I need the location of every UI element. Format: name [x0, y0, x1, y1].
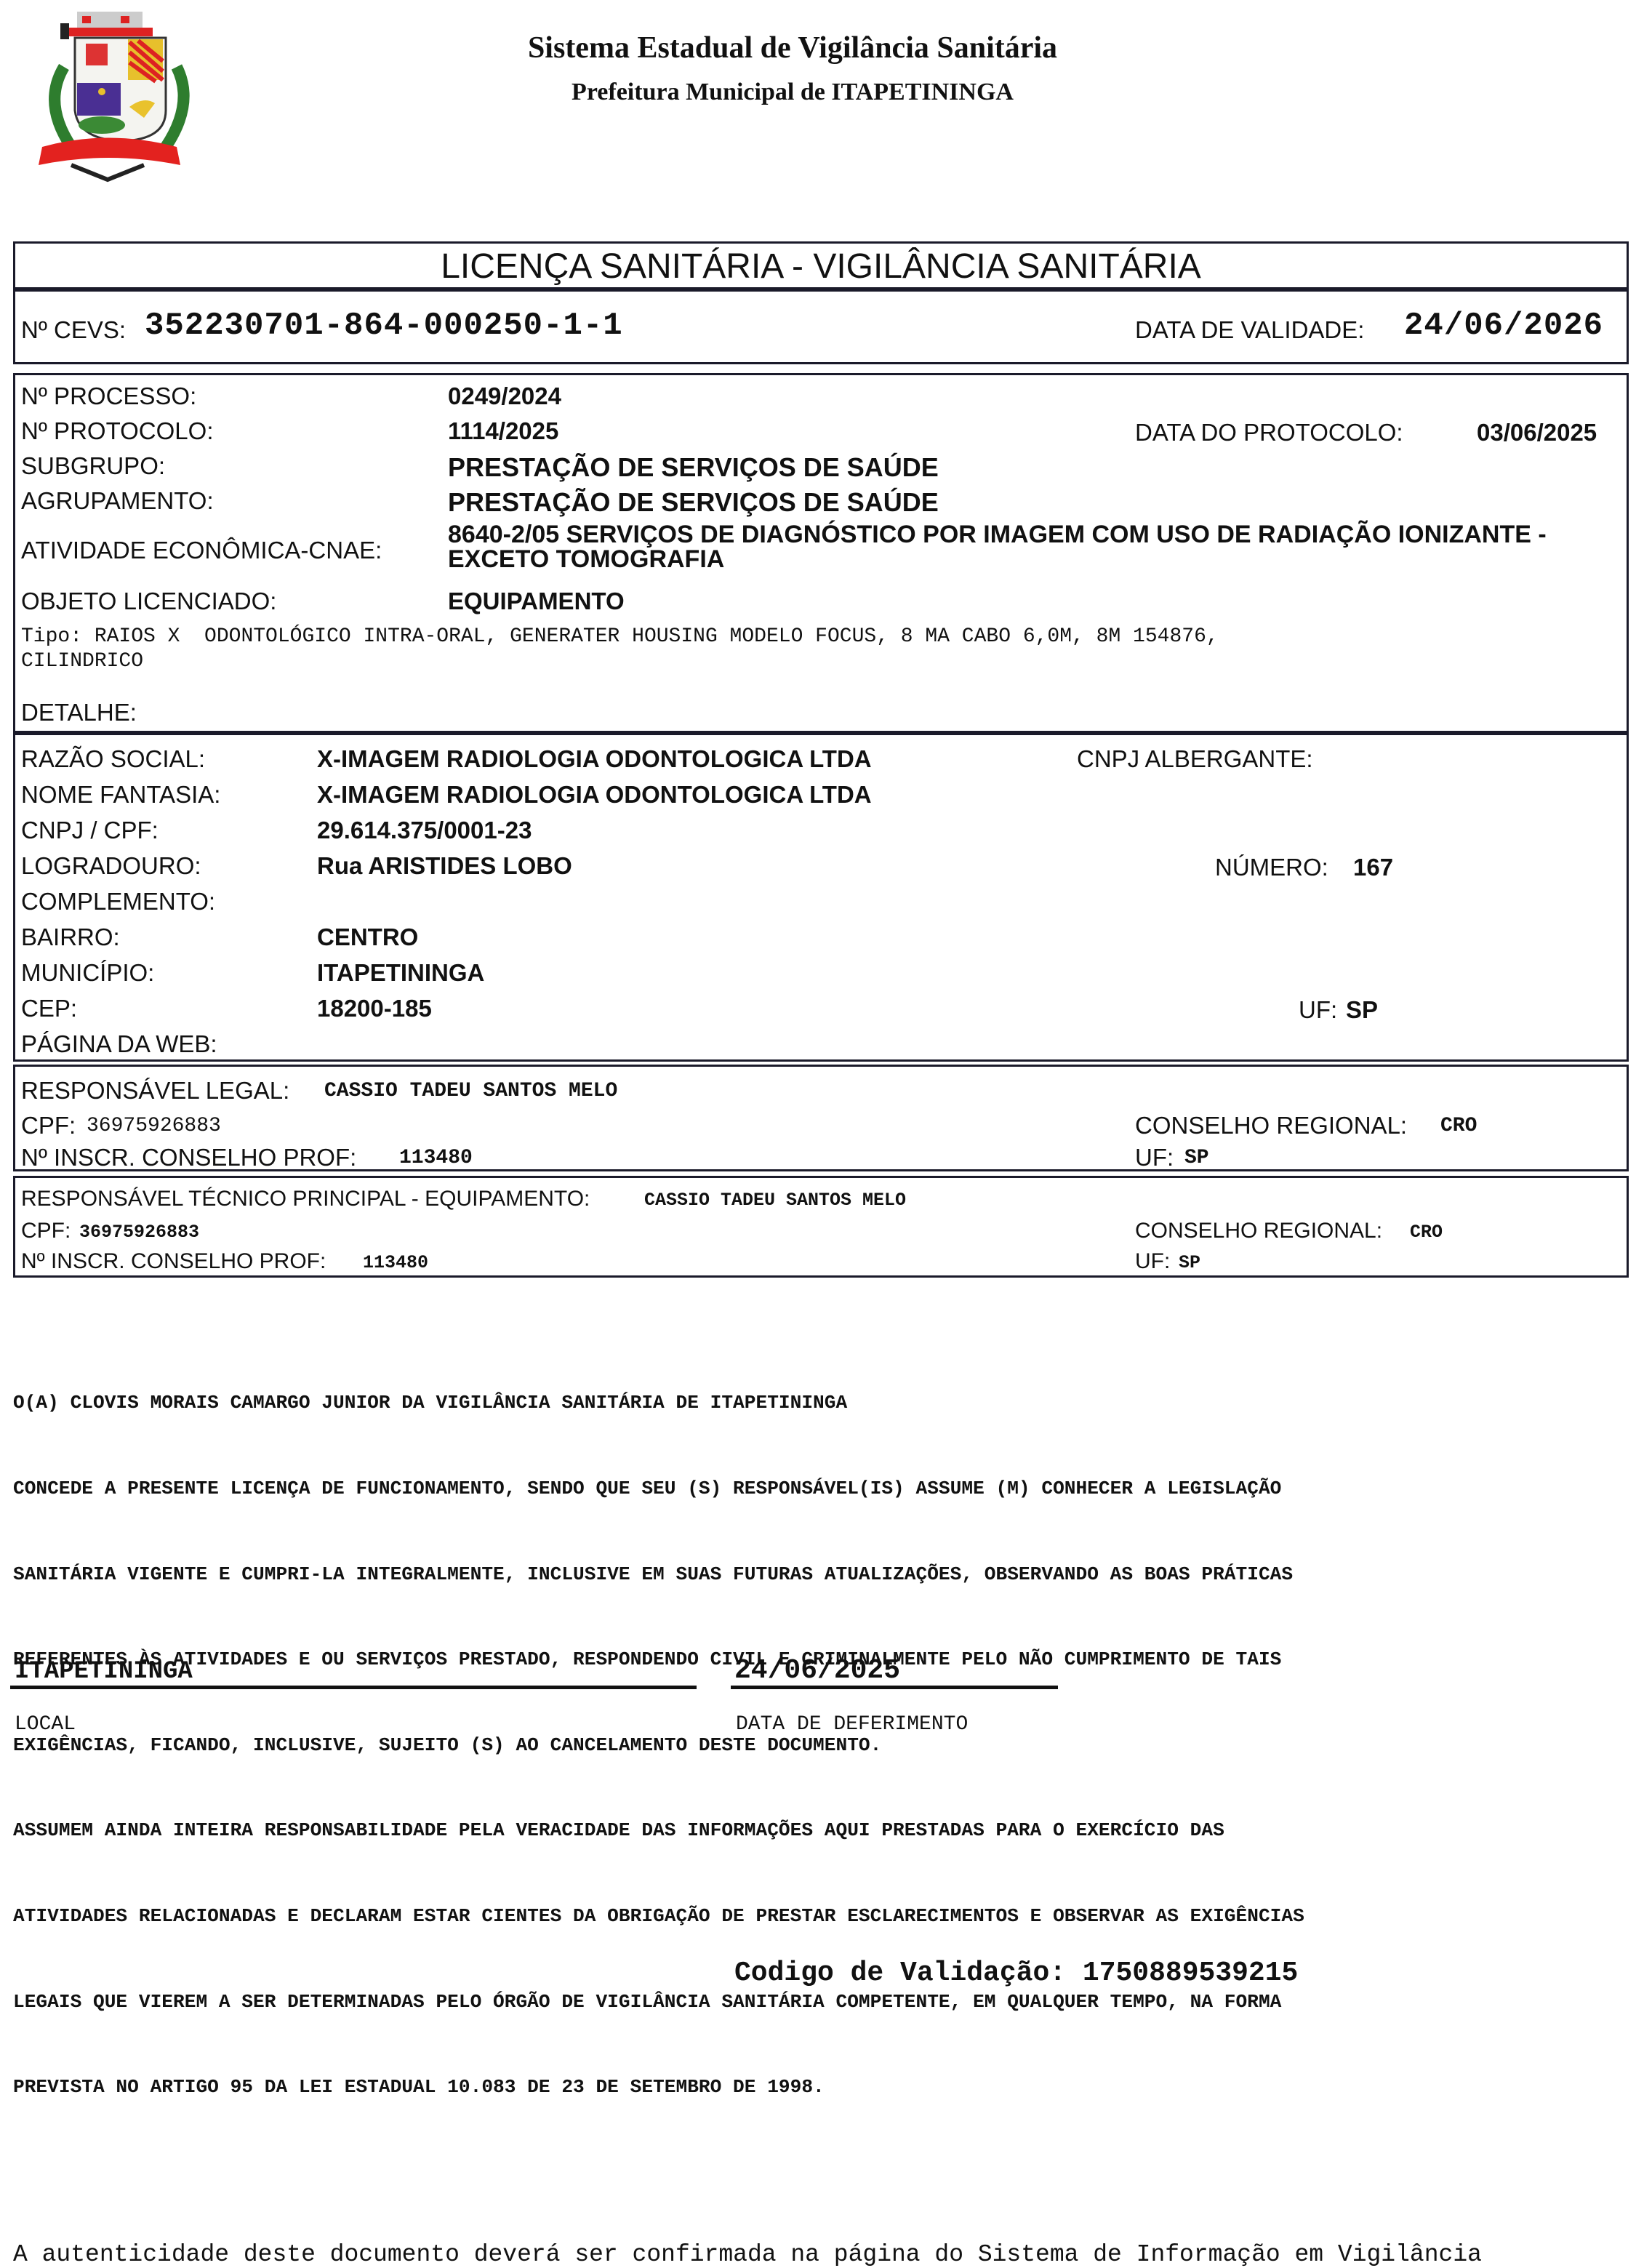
terms-line: O(A) CLOVIS MORAIS CAMARGO JUNIOR DA VIG…: [13, 1389, 1627, 1417]
protocolo-value: 1114/2025: [448, 417, 558, 445]
razao-value: X-IMAGEM RADIOLOGIA ODONTOLOGICA LTDA: [317, 745, 872, 773]
cnpj-value: 29.614.375/0001-23: [317, 817, 532, 844]
tech-cpf-label: CPF:: [21, 1219, 71, 1243]
cnpj-albergante-label: CNPJ ALBERGANTE:: [1077, 745, 1313, 773]
complemento-label: COMPLEMENTO:: [21, 888, 215, 915]
document-title: LICENÇA SANITÁRIA - VIGILÂNCIA SANITÁRIA: [15, 247, 1627, 286]
local-underline: [10, 1686, 697, 1689]
fantasia-value: X-IMAGEM RADIOLOGIA ODONTOLOGICA LTDA: [317, 781, 872, 809]
uf-value: SP: [1346, 996, 1378, 1024]
objeto-label: OBJETO LICENCIADO:: [21, 588, 276, 615]
numero-value: 167: [1353, 854, 1393, 881]
logradouro-value: Rua ARISTIDES LOBO: [317, 852, 572, 880]
logradouro-label: LOGRADOURO:: [21, 852, 201, 880]
process-details-box: Nº PROCESSO: 0249/2024 Nº PROTOCOLO: 111…: [13, 373, 1629, 733]
legal-uf-label: UF:: [1135, 1144, 1174, 1171]
cevs-number: 352230701-864-000250-1-1: [145, 308, 623, 344]
technical-responsible-box: RESPONSÁVEL TÉCNICO PRINCIPAL - EQUIPAME…: [13, 1176, 1629, 1278]
legal-responsible-box: RESPONSÁVEL LEGAL: CASSIO TADEU SANTOS M…: [13, 1065, 1629, 1171]
validation-code-value: 1750889539215: [1083, 1958, 1298, 1989]
tech-conselho-label: CONSELHO REGIONAL:: [1135, 1219, 1382, 1243]
validity-label: DATA DE VALIDADE:: [1135, 316, 1364, 344]
agrupamento-value: PRESTAÇÃO DE SERVIÇOS DE SAÚDE: [448, 487, 939, 518]
municipality-subtitle: Prefeitura Municipal de ITAPETININGA: [393, 79, 1192, 106]
legal-conselho-label: CONSELHO REGIONAL:: [1135, 1112, 1407, 1139]
data-protocolo-label: DATA DO PROTOCOLO:: [1135, 419, 1403, 446]
tech-inscr-value: 113480: [363, 1252, 428, 1273]
tech-cpf-value: 36975926883: [79, 1222, 199, 1243]
terms-line: ASSUMEM AINDA INTEIRA RESPONSABILIDADE P…: [13, 1816, 1627, 1845]
local-value: ITAPETININGA: [15, 1658, 193, 1686]
legal-uf-value: SP: [1184, 1147, 1209, 1169]
subgrupo-value: PRESTAÇÃO DE SERVIÇOS DE SAÚDE: [448, 452, 939, 483]
processo-value: 0249/2024: [448, 382, 561, 410]
municipio-value: ITAPETININGA: [317, 959, 484, 987]
legal-cpf-label: CPF:: [21, 1112, 76, 1139]
subgrupo-label: SUBGRUPO:: [21, 452, 165, 480]
tech-uf-value: SP: [1179, 1252, 1200, 1273]
bairro-label: BAIRRO:: [21, 923, 120, 951]
terms-line: SANITÁRIA VIGENTE E CUMPRI-LA INTEGRALME…: [13, 1560, 1627, 1589]
cnae-label: ATIVIDADE ECONÔMICA-CNAE:: [21, 537, 382, 564]
license-title-box: LICENÇA SANITÁRIA - VIGILÂNCIA SANITÁRIA: [13, 241, 1629, 289]
cnpj-label: CNPJ / CPF:: [21, 817, 159, 844]
cevs-label: Nº CEVS:: [21, 316, 126, 344]
company-details-box: RAZÃO SOCIAL: X-IMAGEM RADIOLOGIA ODONTO…: [13, 733, 1629, 1062]
fantasia-label: NOME FANTASIA:: [21, 781, 220, 809]
web-label: PÁGINA DA WEB:: [21, 1030, 217, 1058]
cep-label: CEP:: [21, 995, 77, 1022]
deferment-date-value: 24/06/2025: [734, 1655, 900, 1686]
legal-inscr-value: 113480: [399, 1147, 473, 1169]
validation-code: Codigo de Validação: 1750889539215: [734, 1958, 1298, 1989]
cep-value: 18200-185: [317, 995, 432, 1022]
bairro-value: CENTRO: [317, 923, 418, 951]
local-label: LOCAL: [15, 1713, 76, 1736]
technical-responsible-label: RESPONSÁVEL TÉCNICO PRINCIPAL - EQUIPAME…: [21, 1187, 590, 1211]
system-title: Sistema Estadual de Vigilância Sanitária: [393, 31, 1192, 65]
deferment-date-label: DATA DE DEFERIMENTO: [736, 1713, 968, 1736]
terms-line: PREVISTA NO ARTIGO 95 DA LEI ESTADUAL 10…: [13, 2073, 1627, 2101]
authenticity-footer: A autenticidade deste documento deverá s…: [13, 2241, 1482, 2268]
cnae-value-line2: EXCETO TOMOGRAFIA: [448, 545, 724, 574]
legal-responsible-name: CASSIO TADEU SANTOS MELO: [324, 1080, 617, 1102]
tech-conselho-value: CRO: [1410, 1222, 1443, 1243]
objeto-value: EQUIPAMENTO: [448, 588, 625, 615]
date-underline: [731, 1686, 1058, 1689]
terms-line: CONCEDE A PRESENTE LICENÇA DE FUNCIONAME…: [13, 1475, 1627, 1503]
tech-inscr-label: Nº INSCR. CONSELHO PROF:: [21, 1249, 326, 1274]
agrupamento-label: AGRUPAMENTO:: [21, 487, 214, 515]
detalhe-label: DETALHE:: [21, 699, 137, 726]
legal-cpf-value: 36975926883: [87, 1115, 221, 1137]
legal-conselho-value: CRO: [1440, 1115, 1477, 1137]
validation-label: Codigo de Validação:: [734, 1958, 1066, 1989]
terms-line: LEGAIS QUE VIEREM A SER DETERMINADAS PEL…: [13, 1988, 1627, 2016]
technical-responsible-name: CASSIO TADEU SANTOS MELO: [644, 1190, 906, 1211]
tech-uf-label: UF:: [1135, 1249, 1170, 1274]
protocolo-label: Nº PROTOCOLO:: [21, 417, 213, 445]
validity-date: 24/06/2026: [1404, 308, 1603, 344]
municipal-coat-of-arms-icon: [20, 1, 195, 183]
numero-label: NÚMERO:: [1215, 854, 1328, 881]
data-protocolo-value: 03/06/2025: [1477, 419, 1597, 446]
uf-label: UF:: [1299, 996, 1337, 1024]
municipio-label: MUNICÍPIO:: [21, 959, 154, 987]
processo-label: Nº PROCESSO:: [21, 382, 196, 410]
cevs-box: Nº CEVS: 352230701-864-000250-1-1 DATA D…: [13, 289, 1629, 364]
tipo-line1: Tipo: RAIOS X ODONTOLÓGICO INTRA-ORAL, G…: [21, 625, 1219, 648]
razao-label: RAZÃO SOCIAL:: [21, 745, 205, 773]
legal-responsible-label: RESPONSÁVEL LEGAL:: [21, 1077, 289, 1105]
terms-line: ATIVIDADES RELACIONADAS E DECLARAM ESTAR…: [13, 1902, 1627, 1931]
legal-inscr-label: Nº INSCR. CONSELHO PROF:: [21, 1144, 356, 1171]
tipo-line2: CILINDRICO: [21, 650, 143, 673]
